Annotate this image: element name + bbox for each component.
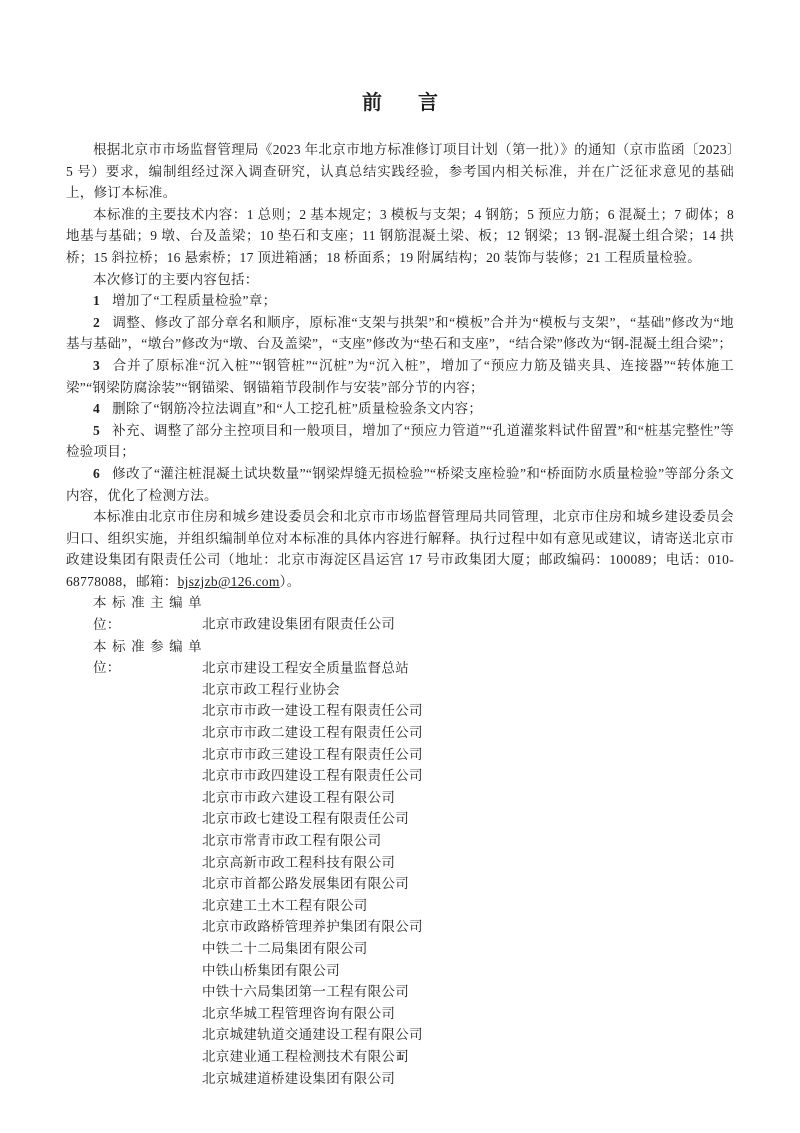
participant-name: 北京市政路桥管理养护集团有限公司 xyxy=(202,916,734,938)
revision-item-number: 2 xyxy=(93,315,100,330)
participant-name: 北京城建轨道交通建设工程有限公司 xyxy=(202,1024,734,1046)
paragraph-technical-contents: 本标准的主要技术内容：1 总则；2 基本规定；3 模板与支架；4 钢筋；5 预应… xyxy=(66,204,734,269)
participant-name: 北京市首都公路发展集团有限公司 xyxy=(202,873,734,895)
revision-item-text: 增加了“工程质量检验”章； xyxy=(112,293,276,308)
participant-name: 北京市市政四建设工程有限责任公司 xyxy=(202,765,734,787)
participants-label: 本标准参编单位： xyxy=(93,636,202,679)
participant-name: 北京建工土木工程有限公司 xyxy=(202,895,734,917)
participant-name: 北京市建设工程安全质量监督总站 xyxy=(202,660,409,675)
revision-item-number: 6 xyxy=(93,466,100,481)
management-text-pre: 本标准由北京市住房和城乡建设委员会和北京市市场监督管理局共同管理，北京市住房和城… xyxy=(66,509,734,589)
participant-name: 北京城建道桥建设集团有限公司 xyxy=(202,1068,734,1090)
revision-item-text: 调整、修改了部分章名和顺序，原标准“支架与拱架”和“模板”合并为“模板与支架”，… xyxy=(66,315,734,352)
participant-name: 北京高新市政工程科技有限公司 xyxy=(202,852,734,874)
management-text-post: ）。 xyxy=(280,574,301,589)
revision-item: 5补充、调整了部分主控项目和一般项目，增加了“预应力管道”“孔道灌浆料试件留置”… xyxy=(66,420,734,463)
email-link[interactable]: bjszjzb@126.com xyxy=(178,574,280,589)
revision-item: 6修改了“灌注桩混凝土试块数量”“钢梁焊缝无损检验”“桥梁支座检验”和“桥面防水… xyxy=(66,463,734,506)
chief-editor-label: 本标准主编单位： xyxy=(93,592,202,635)
revision-item: 2调整、修改了部分章名和顺序，原标准“支架与拱架”和“模板”合并为“模板与支架”… xyxy=(66,312,734,355)
participant-name: 北京市市政三建设工程有限责任公司 xyxy=(202,744,734,766)
paragraph-revision-intro: 本次修订的主要内容包括： xyxy=(66,269,734,291)
paragraph-management: 本标准由北京市住房和城乡建设委员会和北京市市场监督管理局共同管理，北京市住房和城… xyxy=(66,506,734,592)
revision-item: 4删除了“钢筋冷拉法调直”和“人工挖孔桩”质量检验条文内容； xyxy=(66,398,734,420)
participant-name: 北京市市政一建设工程有限责任公司 xyxy=(202,700,734,722)
chief-editor-row: 本标准主编单位：北京市政建设集团有限责任公司 xyxy=(66,592,734,635)
chief-editor-name: 北京市政建设集团有限责任公司 xyxy=(202,617,395,632)
paragraph-notice: 根据北京市市场监督管理局《2023 年北京市地方标准修订项目计划（第一批）》的通… xyxy=(66,139,734,204)
preface-content: 前 言 根据北京市市场监督管理局《2023 年北京市地方标准修订项目计划（第一批… xyxy=(66,86,734,1089)
revision-item-text: 删除了“钢筋冷拉法调直”和“人工挖孔桩”质量检验条文内容； xyxy=(112,401,482,416)
participant-name: 北京市市政二建设工程有限责任公司 xyxy=(202,722,734,744)
revision-item-text: 修改了“灌注桩混凝土试块数量”“钢梁焊缝无损检验”“桥梁支座检验”和“桥面防水质… xyxy=(66,466,734,503)
participant-name: 北京华城工程管理咨询有限公司 xyxy=(202,1003,734,1025)
participant-name: 中铁山桥集团有限公司 xyxy=(202,960,734,982)
page-number: 1 xyxy=(0,1048,800,1064)
revision-item-text: 补充、调整了部分主控项目和一般项目，增加了“预应力管道”“孔道灌浆料试件留置”和… xyxy=(66,423,734,460)
revision-item: 3合并了原标准“沉入桩”“钢管桩”“沉桩”为“沉入桩”，增加了“预应力筋及锚夹具… xyxy=(66,355,734,398)
page-title: 前 言 xyxy=(66,86,734,115)
revision-item-number: 3 xyxy=(93,358,100,373)
participant-name: 北京市常青市政工程有限公司 xyxy=(202,830,734,852)
revision-item-number: 4 xyxy=(93,401,100,416)
participant-name: 北京市政工程行业协会 xyxy=(202,679,734,701)
participant-name: 北京市市政六建设工程有限公司 xyxy=(202,787,734,809)
document-page: 前 言 根据北京市市场监督管理局《2023 年北京市地方标准修订项目计划（第一批… xyxy=(0,0,800,1133)
participants-row: 本标准参编单位：北京市建设工程安全质量监督总站 xyxy=(66,636,734,679)
participant-name: 中铁十六局集团第一工程有限公司 xyxy=(202,981,734,1003)
participant-name: 中铁二十二局集团有限公司 xyxy=(202,938,734,960)
revision-item-number: 5 xyxy=(93,423,100,438)
revision-item: 1增加了“工程质量检验”章； xyxy=(66,290,734,312)
revision-item-number: 1 xyxy=(93,293,100,308)
participant-name: 北京市政七建设工程有限责任公司 xyxy=(202,808,734,830)
revision-item-text: 合并了原标准“沉入桩”“钢管桩”“沉桩”为“沉入桩”，增加了“预应力筋及锚夹具、… xyxy=(66,358,734,395)
